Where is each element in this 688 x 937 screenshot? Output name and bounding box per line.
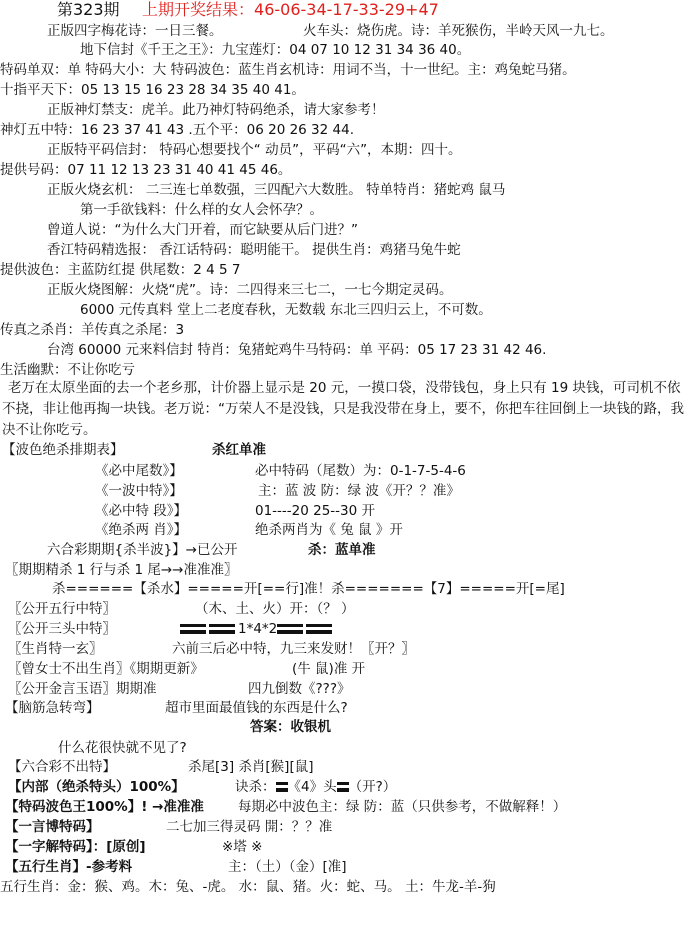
wave-color: 提供波色：主蓝防红提 供尾数：2 4 5 7 (0, 261, 241, 279)
wuxing-sx-label: 【五行生肖】-参考料 (5, 858, 132, 876)
naojin-value: 超市里面最值钱的东西是什么? (165, 699, 348, 717)
flat-code-envelope: 正版特平码信封： 特码心想要找个“ 动员”，平码“六”，本期：四十。 (47, 141, 462, 159)
fax-kill: 传真之杀肖：羊传真之杀尾：3 (0, 321, 184, 339)
last-result-numbers: 46-06-34-17-33-29+47 (254, 0, 439, 19)
humor-story: 老万在太原坐面的去一个老乡那，计价器上显示是 20 元，一摸口袋，没带钱包，身上… (2, 378, 686, 441)
last-result: 上期开奖结果：46-06-34-17-33-29+47 (142, 1, 439, 19)
wuxing-label: 〖公开五行中特〗 (8, 600, 116, 618)
naojin-answer: 答案：收银机 (250, 718, 331, 736)
issue-number: 第323期 (57, 1, 120, 19)
ten-fingers: 十指平天下：05 13 15 16 23 28 34 35 40 41。 (0, 81, 305, 99)
lamp-five: 神灯五中特：16 23 37 41 43 .五个平：06 20 26 32 44… (0, 121, 354, 139)
santou-value-row: 1*4*2 (180, 620, 335, 638)
fax-6000: 6000 元传真料 堂上二老度春秋，无数载 东北三四归云上，不可数。 (80, 301, 492, 319)
yiyan-value: 二七加三得灵码 開：？？准 (166, 818, 332, 836)
jingsha-label: 〖期期精杀 1 行与杀 1 尾→→准准准〗 (5, 561, 237, 579)
yizi-label: 【一字解特码】：[原创] (5, 838, 146, 856)
neibu-pre: 诀杀： (235, 779, 276, 795)
santou-label: 〖公开三头中特〗 (8, 620, 116, 638)
underground-envelope: 地下信封《千王之王》：九宝莲灯：04 07 10 12 31 34 36 40。 (80, 41, 470, 59)
santou-value: 1*4*2 (238, 621, 277, 637)
humor-title: 生活幽默：不让你吃亏 (0, 361, 135, 379)
train-head: 火车头：烧伤虎。诗：羊死猴伤，半岭天风一九七。 (303, 22, 614, 40)
neibu-post: （开?） (349, 779, 397, 795)
table-row-label: 《绝杀两 肖》】 (95, 521, 187, 539)
table-row-label: 《一波中特》】 (95, 482, 183, 500)
table-title: 【波色绝杀排期表】 (2, 441, 124, 459)
half-wave-right: 杀：蓝单准 (308, 541, 376, 559)
half-wave-label: 六合彩期期{杀半波}】→已公开 (47, 541, 238, 559)
table-row-value: 主：蓝 波 防：绿 波《开？？准》 (258, 482, 460, 500)
first-hand: 第一手欲钱料：什么样的女人会怀孕？。 (80, 201, 323, 219)
zeng-daoren: 曾道人说：“为什么大门开着，而它缺要从后门进？” (47, 221, 358, 239)
table-row-label: 《必中特 段》】 (95, 502, 187, 520)
bar-decoration-icon (180, 620, 238, 638)
buchute-label: 【六合彩不出特】 (8, 758, 116, 776)
table-row-value: 01----20 25--30 开 (255, 502, 375, 520)
lamp-ban: 正版神灯禁支：虎羊。此乃神灯特码绝杀，请大家参考！ (47, 101, 385, 119)
fire-mystery: 正版火烧玄机： 二三连七单数强，三四配六大数胜。 特单特肖：猪蛇鸡 鼠马 (47, 181, 505, 199)
zeng-label: 〖曾女士不出生肖〗《期期更新》 (8, 660, 204, 678)
bar-decoration-icon (276, 782, 288, 792)
table-row-value: 绝杀两肖为《 兔 鼠 》开 (255, 521, 403, 539)
table-row-label: 《必中尾数》】 (95, 462, 183, 480)
shengxiao-label: 〖生肖特一玄〗 (8, 640, 103, 658)
neibu-label: 【内部（绝杀特头）100%】 (8, 778, 185, 796)
yizi-value: ※塔 ※ (222, 838, 262, 856)
shengxiao-value: 六前三后必中特，九三来发财！〖开？〗 (172, 640, 415, 658)
xiangjiang: 香江特码精选报： 香江话特码：聪明能干。 提供生肖：鸡猪马兔牛蛇 (47, 241, 461, 259)
fire-diagram: 正版火烧图解：火烧“虎”。诗：二四得来三七二，一七今期定灵码。 (47, 281, 453, 299)
taiwan-envelope: 台湾 60000 元来料信封 特肖：兔猪蛇鸡牛马特码：单 平码：05 17 23… (47, 341, 546, 359)
zeng-value: (牛 鼠)准 开 (292, 660, 365, 678)
bar-decoration-icon (337, 782, 349, 792)
jinyan-value: 四九倒数《???》 (248, 680, 351, 698)
yiyan-label: 【一言博特码】 (5, 818, 100, 836)
bose-value: 每期必中波色主：绿 防：蓝（只供参考，不做解释！） (238, 798, 566, 816)
sha-line: 杀======【杀水】=====开[==行]准！杀=======【7】=====… (52, 580, 565, 598)
wuxing-value: （木、土、火）开：（？ ） (195, 600, 355, 618)
jinyan-label: 〖公开金言玉语〗期期准 (8, 680, 157, 698)
wuxing-sx-value: 主：（土）（金）[准] (228, 858, 347, 876)
flower-riddle: 什么花很快就不见了? (58, 739, 187, 757)
neibu-mid: 《4》头 (288, 779, 337, 795)
naojin-label: 【脑筋急转弯】 (5, 699, 100, 717)
table-title-right: 杀红单准 (212, 441, 266, 459)
bar-decoration-icon (277, 620, 335, 638)
table-row-value: 必中特码（尾数）为：0-1-7-5-4-6 (255, 462, 466, 480)
bose-label: 【特码波色王100%】! →准准准 (5, 798, 204, 816)
wuxing-list: 五行生肖：金：猴、鸡。木：兔、-虎。 水：鼠、猪。火：蛇、马。 土：牛龙-羊-狗 (0, 878, 496, 896)
neibu-value-row: 诀杀：《4》头（开?） (235, 778, 396, 796)
buchute-value: 杀尾[3] 杀肖[猴][鼠] (188, 758, 313, 776)
provided-numbers: 提供号码：07 11 12 13 23 31 40 41 45 46。 (0, 161, 291, 179)
last-result-label: 上期开奖结果： (142, 0, 254, 19)
special-odd-even: 特码单双：单 特码大小：大 特码波色：蓝生肖玄机诗：用词不当，十一世纪。主：鸡兔… (0, 61, 576, 79)
plum-poem: 正版四字梅花诗：一日三餐。 (47, 22, 223, 40)
